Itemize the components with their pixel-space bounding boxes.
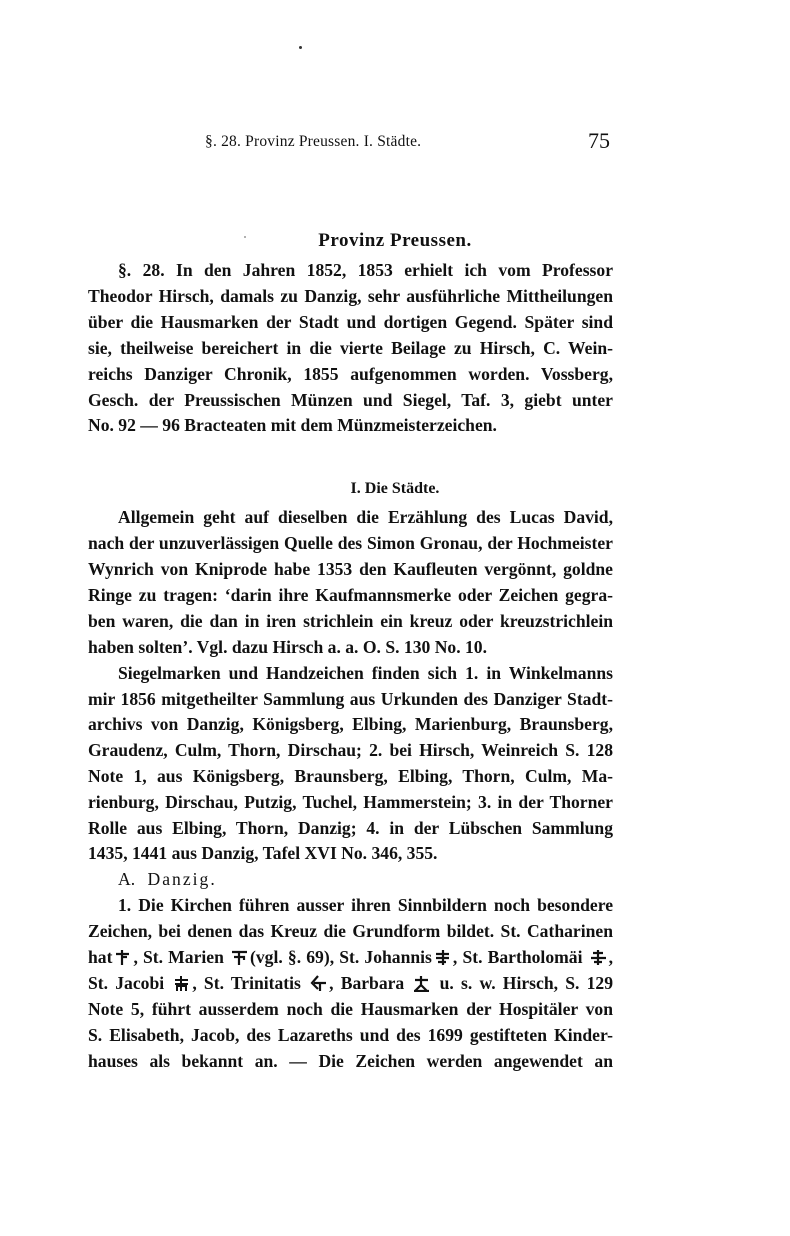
bartholomaei-mark-icon bbox=[590, 949, 607, 966]
text-line: Siegelmarken und Handzeichen finden sich… bbox=[118, 660, 613, 686]
text-fragment: St. Jacobi bbox=[88, 973, 164, 993]
text-line: archivs von Danzig, Königsberg, Elbing, … bbox=[88, 711, 613, 737]
text-line: Zeichen, bei denen das Kreuz die Grundfo… bbox=[88, 918, 613, 944]
scan-speck bbox=[299, 46, 302, 49]
running-head-text: §. 28. Provinz Preussen. I. Städte. bbox=[205, 133, 421, 151]
text-fragment: u. s. w. Hirsch, S. 129 bbox=[440, 973, 613, 993]
text-line: über die Hausmarken der Stadt und dortig… bbox=[88, 309, 613, 335]
book-page: §. 28. Provinz Preussen. I. Städte. 75 P… bbox=[0, 0, 790, 1236]
jacobi-mark-icon bbox=[173, 975, 190, 992]
text-fragment: , St. Trinitatis bbox=[192, 973, 301, 993]
johannis-mark-icon bbox=[434, 949, 451, 966]
text-fragment: , St. Bartholomäi bbox=[453, 947, 583, 967]
text-line: Note 1, aus Königsberg, Braunsberg, Elbi… bbox=[88, 763, 613, 789]
text-line: No. 92 — 96 Bracteaten mit dem Münzmeist… bbox=[88, 412, 613, 438]
subsection-heading: A. Danzig. bbox=[118, 866, 613, 892]
barbara-mark-icon bbox=[413, 975, 430, 992]
text-line: Note 5, führt ausserdem noch die Hausmar… bbox=[88, 996, 613, 1022]
text-line-with-marks: hat, St. Marien (vgl. §. 69), St. Johann… bbox=[88, 944, 613, 970]
running-head: §. 28. Provinz Preussen. I. Städte. 75 bbox=[205, 130, 610, 154]
text-fragment: , bbox=[609, 947, 613, 967]
text-line: mir 1856 mitgetheilter Sammlung aus Urku… bbox=[88, 686, 613, 712]
text-line: Graudenz, Culm, Thorn, Dirschau; 2. bei … bbox=[88, 737, 613, 763]
catharinen-mark-icon bbox=[114, 949, 131, 966]
text-line: reichs Danziger Chronik, 1855 aufgenomme… bbox=[88, 361, 613, 387]
text-line: 1435, 1441 aus Danzig, Tafel XVI No. 346… bbox=[88, 840, 613, 866]
text-line: Ringe zu tragen: ‘darin ihre Kaufmannsme… bbox=[88, 582, 613, 608]
text-line: 1. Die Kirchen führen ausser ihren Sinnb… bbox=[118, 892, 613, 918]
text-line: hauses als bekannt an. — Die Zeichen wer… bbox=[88, 1048, 613, 1074]
page-title: Provinz Preussen. bbox=[0, 230, 790, 252]
marien-mark-icon bbox=[231, 949, 248, 966]
text-line: ben waren, die dan in iren strichlein ei… bbox=[88, 608, 613, 634]
text-line: Gesch. der Preussischen Münzen und Siege… bbox=[88, 387, 613, 413]
text-fragment: hat bbox=[88, 947, 112, 967]
text-line: §. 28. In den Jahren 1852, 1853 erhielt … bbox=[118, 257, 613, 283]
text-line: Theodor Hirsch, damals zu Danzig, sehr a… bbox=[88, 283, 613, 309]
text-line: Allgemein geht auf dieselben die Erzählu… bbox=[118, 504, 613, 530]
trinitatis-mark-icon bbox=[310, 975, 327, 992]
text-fragment: (vgl. §. 69), St. Johannis bbox=[250, 947, 432, 967]
text-line-with-marks: St. Jacobi , St. Trinitatis , Barbara u.… bbox=[88, 970, 613, 996]
text-line: S. Elisabeth, Jacob, des Lazareths und d… bbox=[88, 1022, 613, 1048]
section-heading: I. Die Städte. bbox=[0, 480, 790, 498]
subsection-label: A. bbox=[118, 869, 135, 889]
text-line: Rolle aus Elbing, Thorn, Danzig; 4. in d… bbox=[88, 815, 613, 841]
page-number: 75 bbox=[588, 128, 610, 154]
subsection-title: Danzig. bbox=[148, 869, 217, 889]
text-line: nach der unzuverlässigen Quelle des Simo… bbox=[88, 530, 613, 556]
text-line: Wynrich von Kniprode habe 1353 den Kaufl… bbox=[88, 556, 613, 582]
text-line: haben solten’. Vgl. dazu Hirsch a. a. O.… bbox=[88, 634, 613, 660]
text-line: sie, theilweise bereichert in die vierte… bbox=[88, 335, 613, 361]
text-fragment: , Barbara bbox=[329, 973, 404, 993]
text-fragment: , St. Marien bbox=[133, 947, 223, 967]
text-line: rienburg, Dirschau, Putzig, Tuchel, Hamm… bbox=[88, 789, 613, 815]
